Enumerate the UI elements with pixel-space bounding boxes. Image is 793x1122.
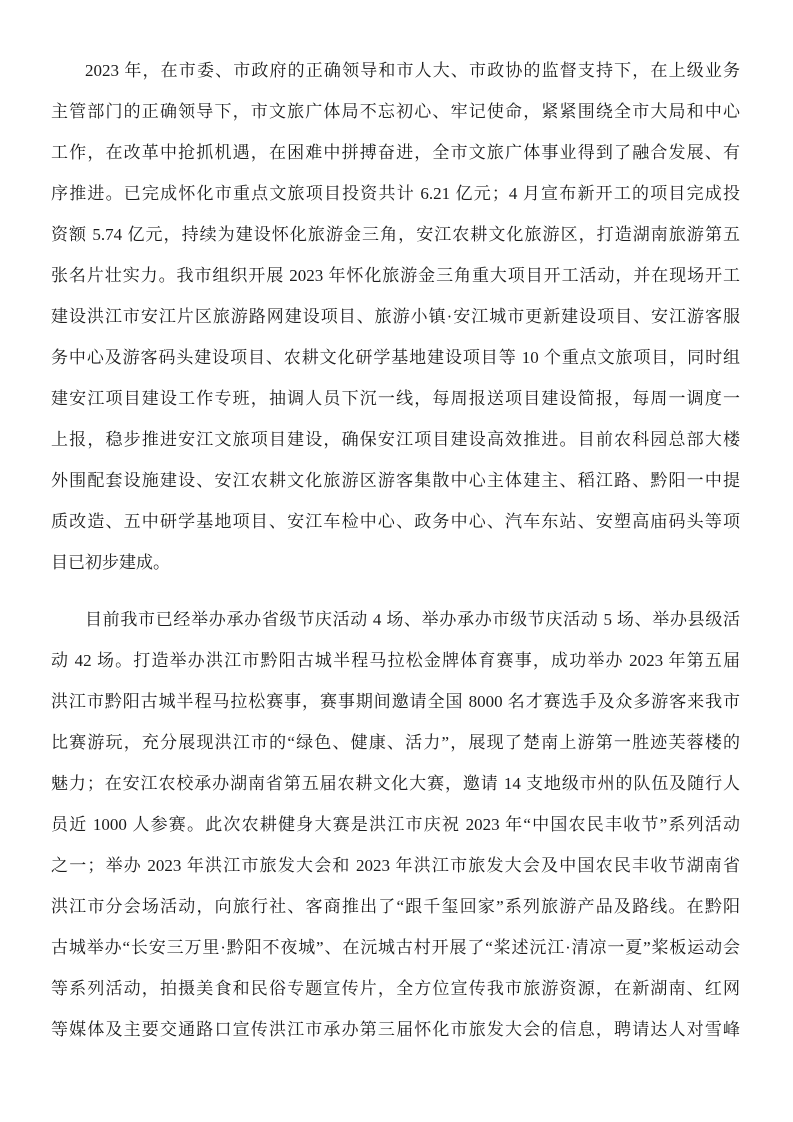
text-line: 比赛游玩，充分展现洪江市的“绿色、健康、活力”，展现了楚南上游第一胜迹芙蓉楼的 <box>51 722 740 763</box>
text-line: 古城举办“长安三万里·黔阳不夜城”、在沅城古村开展了“桨述沅江·清凉一夏”桨板运… <box>51 927 740 968</box>
text-line: 建设洪江市安江片区旅游路网建设项目、旅游小镇·安江城市更新建设项目、安江游客服 <box>51 296 740 337</box>
text-line: 上报，稳步推进安江文旅项目建设，确保安江项目建设高效推进。目前农科园总部大楼 <box>51 419 740 460</box>
text-line: 等媒体及主要交通路口宣传洪江市承办第三届怀化市旅发大会的信息，聘请达人对雪峰 <box>51 1009 740 1050</box>
text-line: 目已初步建成。 <box>51 542 740 583</box>
document-body: 2023 年，在市委、市政府的正确领导和市人大、市政协的监督支持下，在上级业务主… <box>51 50 740 1050</box>
text-line: 序推进。已完成怀化市重点文旅项目投资共计 6.21 亿元；4 月宣布新开工的项目… <box>51 173 740 214</box>
text-line: 主管部门的正确领导下，市文旅广体局不忘初心、牢记使命，紧紧围绕全市大局和中心 <box>51 91 740 132</box>
text-line: 魅力；在安江农校承办湖南省第五届农耕文化大赛，邀请 14 支地级市州的队伍及随行… <box>51 763 740 804</box>
text-line: 洪江市分会场活动，向旅行社、客商推出了“跟千玺回家”系列旅游产品及路线。在黔阳 <box>51 886 740 927</box>
text-line: 工作，在改革中抢抓机遇，在困难中拼搏奋进，全市文旅广体事业得到了融合发展、有 <box>51 132 740 173</box>
text-line: 员近 1000 人参赛。此次农耕健身大赛是洪江市庆祝 2023 年“中国农民丰收… <box>51 804 740 845</box>
text-line: 动 42 场。打造举办洪江市黔阳古城半程马拉松金牌体育赛事，成功举办 2023 … <box>51 640 740 681</box>
text-line: 务中心及游客码头建设项目、农耕文化研学基地建设项目等 10 个重点文旅项目，同时… <box>51 337 740 378</box>
text-line: 外围配套设施建设、安江农耕文化旅游区游客集散中心主体建主、稻江路、黔阳一中提 <box>51 460 740 501</box>
text-line: 质改造、五中研学基地项目、安江车检中心、政务中心、汽车东站、安塑高庙码头等项 <box>51 501 740 542</box>
document-page: 2023 年，在市委、市政府的正确领导和市人大、市政协的监督支持下，在上级业务主… <box>0 0 793 1122</box>
paragraph: 2023 年，在市委、市政府的正确领导和市人大、市政协的监督支持下，在上级业务主… <box>51 50 740 583</box>
text-line: 资额 5.74 亿元，持续为建设怀化旅游金三角，安江农耕文化旅游区，打造湖南旅游… <box>51 214 740 255</box>
text-line: 洪江市黔阳古城半程马拉松赛事，赛事期间邀请全国 8000 名才赛选手及众多游客来… <box>51 681 740 722</box>
text-line: 之一；举办 2023 年洪江市旅发大会和 2023 年洪江市旅发大会及中国农民丰… <box>51 845 740 886</box>
text-line: 目前我市已经举办承办省级节庆活动 4 场、举办承办市级节庆活动 5 场、举办县级… <box>51 599 740 640</box>
text-line: 2023 年，在市委、市政府的正确领导和市人大、市政协的监督支持下，在上级业务 <box>51 50 740 91</box>
text-line: 建安江项目建设工作专班，抽调人员下沉一线，每周报送项目建设简报，每周一调度一 <box>51 378 740 419</box>
paragraph: 目前我市已经举办承办省级节庆活动 4 场、举办承办市级节庆活动 5 场、举办县级… <box>51 599 740 1050</box>
text-line: 等系列活动，拍摄美食和民俗专题宣传片，全方位宣传我市旅游资源，在新湖南、红网 <box>51 968 740 1009</box>
text-line: 张名片壮实力。我市组织开展 2023 年怀化旅游金三角重大项目开工活动，并在现场… <box>51 255 740 296</box>
